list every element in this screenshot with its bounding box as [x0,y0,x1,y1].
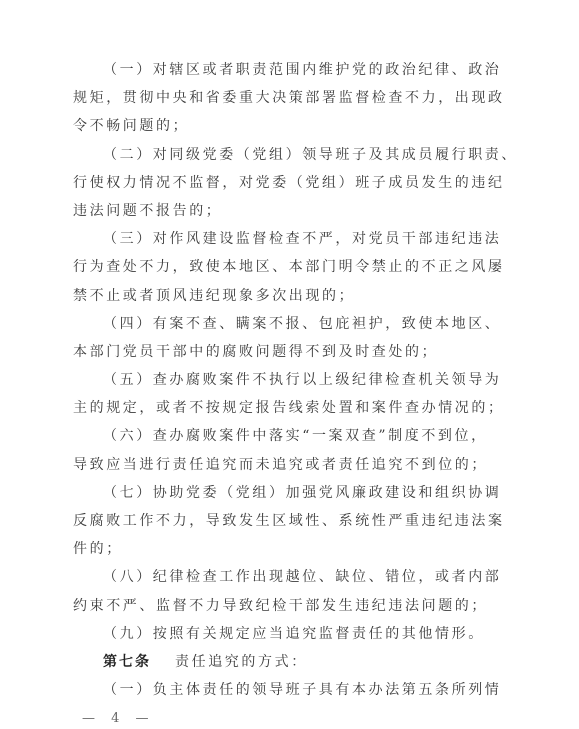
paragraph-line: 导致应当进行责任追究而未追究或者责任追究不到位的； [73,451,511,479]
paragraph-line: （二）对同级党委（党组）领导班子及其成员履行职责、 [73,141,511,169]
page-number: — 4 — [82,711,155,726]
document-page: （一）对辖区或者职责范围内维护党的政治纪律、政治 规矩，贯彻中央和省委重大决策部… [73,56,511,704]
article-text: 责任追究的方式： [175,654,308,670]
paragraph-line: 行使权力情况不监督，对党委（党组）班子成员发生的违纪 [73,169,511,197]
paragraph-line: （九）按照有关规定应当追究监督责任的其他情形。 [73,620,511,648]
paragraph-line: 禁不止或者顶风违纪现象多次出现的； [73,282,511,310]
paragraph-line: （六）查办腐败案件中落实“一案双查”制度不到位， [73,422,511,450]
article-heading: 第七条 [103,654,151,670]
paragraph-line: （三）对作风建设监督检查不严，对党员干部违纪违法 [73,225,511,253]
paragraph-line: （一）对辖区或者职责范围内维护党的政治纪律、政治 [73,56,511,84]
paragraph-line: 件的； [73,535,511,563]
paragraph-line: （五）查办腐败案件不执行以上级纪律检查机关领导为 [73,366,511,394]
paragraph-line: 主的规定，或者不按规定报告线索处置和案件查办情况的； [73,394,511,422]
paragraph-line: （四）有案不查、瞒案不报、包庇袒护，致使本地区、 [73,310,511,338]
paragraph-line: 令不畅问题的； [73,112,511,140]
paragraph-line: （八）纪律检查工作出现越位、缺位、错位，或者内部 [73,563,511,591]
article-line: 第七条责任追究的方式： [73,648,511,676]
paragraph-line: 反腐败工作不力，导致发生区域性、系统性严重违纪违法案 [73,507,511,535]
paragraph-line: （一）负主体责任的领导班子具有本办法第五条所列情 [73,676,511,704]
paragraph-line: 违法问题不报告的； [73,197,511,225]
paragraph-line: （七）协助党委（党组）加强党风廉政建设和组织协调 [73,479,511,507]
paragraph-line: 行为查处不力，致使本地区、本部门明令禁止的不正之风屡 [73,253,511,281]
paragraph-line: 本部门党员干部中的腐败问题得不到及时查处的； [73,338,511,366]
paragraph-line: 规矩，贯彻中央和省委重大决策部署监督检查不力，出现政 [73,84,511,112]
paragraph-line: 约束不严、监督不力导致纪检干部发生违纪违法问题的； [73,592,511,620]
